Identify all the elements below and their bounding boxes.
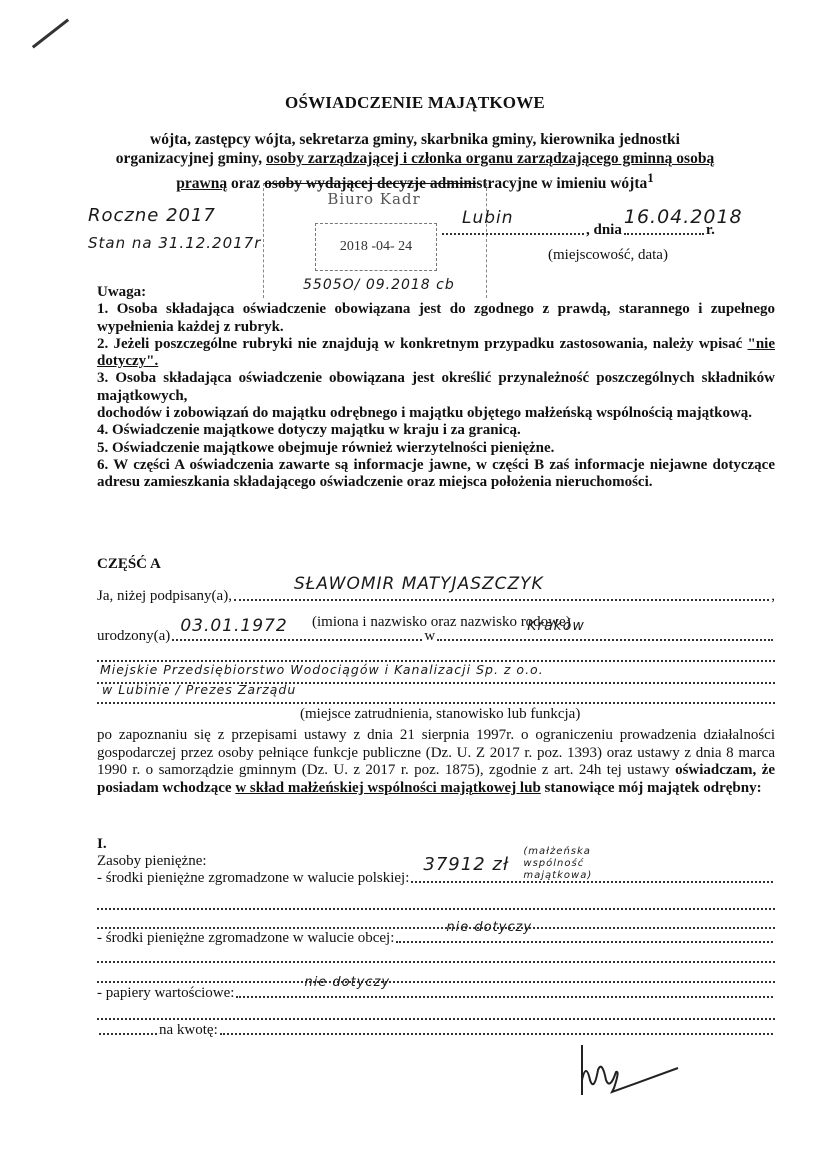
pln-row: - środki pieniężne zgromadzone w walucie… — [97, 870, 775, 887]
signature-icon — [578, 1040, 688, 1100]
pln-field[interactable]: 37912 zł (małżeńska wspólność majątkowa) — [411, 880, 773, 883]
foreign-row: - środki pieniężne zgromadzone w walucie… — [97, 930, 775, 947]
signed-row: Ja, niżej podpisany(a), SŁAWOMIR MATYJAS… — [97, 588, 775, 605]
employment-value-2: w Lubinie / Prezes Zarządu — [102, 682, 296, 697]
foreign-line-3[interactable] — [97, 981, 775, 983]
subtitle-text: oraz — [227, 175, 264, 192]
resources-label: Zasoby pieniężne: — [97, 853, 207, 870]
employment-line-3[interactable] — [97, 702, 775, 704]
amount-prefix-field[interactable] — [99, 1032, 157, 1035]
stamp-office-name: Biuro Kadr — [263, 190, 485, 208]
born-in-label: w — [424, 628, 435, 645]
stamp-date: 2018 -04- 24 — [315, 223, 437, 271]
note-6: 6. W części A oświadczenia zawarte są in… — [97, 457, 775, 492]
note-2: 2. Jeżeli poszczególne rubryki nie znajd… — [97, 336, 775, 371]
pln-value: 37912 zł — [423, 854, 509, 875]
foreign-value: nie dotyczy — [446, 920, 532, 935]
place-field[interactable]: Lubin — [442, 232, 584, 235]
comma: , — [771, 588, 775, 605]
subtitle-line-2: organizacyjnej gminy, osoby zarządzające… — [90, 149, 740, 168]
document-title: OŚWIADCZENIE MAJĄTKOWE — [0, 93, 830, 113]
subtitle-underlined: prawną — [176, 175, 227, 192]
name-value: SŁAWOMIR MATYJASZCZYK — [294, 574, 544, 594]
born-label: urodzony(a) — [97, 628, 170, 645]
amount-row: na kwotę: — [97, 1022, 775, 1039]
foreign-label: - środki pieniężne zgromadzone w walucie… — [97, 930, 394, 947]
name-field[interactable]: SŁAWOMIR MATYJASZCZYK — [234, 598, 769, 601]
date-field[interactable]: 16.04.2018 — [624, 232, 704, 235]
footnote-mark: 1 — [647, 170, 653, 185]
scan-mark — [32, 18, 69, 48]
margin-note-year: Roczne 2017 — [88, 205, 216, 226]
statement-bold-underlined: w skład małżeńskiej wspólności majątkowe… — [235, 780, 540, 796]
securities-value: nie dotyczy — [304, 975, 390, 990]
note-3-cont: dochodów i zobowiązań do majątku odrębne… — [97, 405, 775, 422]
pln-label: - środki pieniężne zgromadzone w walucie… — [97, 870, 409, 887]
born-row: urodzony(a) 03.01.1972 w Kraków — [97, 628, 775, 645]
employment-caption: (miejsce zatrudnienia, stanowisko lub fu… — [300, 706, 580, 723]
section-i-heading: I. — [97, 836, 107, 853]
birth-place-field[interactable]: Kraków — [437, 638, 773, 641]
foreign-field[interactable]: nie dotyczy — [396, 940, 773, 943]
birth-date-value: 03.01.1972 — [180, 616, 287, 636]
subtitle-text: stracyjne w imieniu wójta — [476, 175, 647, 192]
place-value: Lubin — [462, 208, 514, 228]
note-1: 1. Osoba składająca oświadczenie obowiąz… — [97, 301, 775, 336]
pln-line-2[interactable] — [97, 908, 775, 910]
place-date-caption: (miejscowość, data) — [548, 247, 668, 264]
stamp-date-text: 2018 -04- 24 — [340, 239, 412, 255]
note-4: 4. Oświadczenie majątkowe dotyczy majątk… — [97, 422, 775, 439]
notes-section: Uwaga: 1. Osoba składająca oświadczenie … — [97, 284, 775, 492]
note-3: 3. Osoba składająca oświadczenie obowiąz… — [97, 370, 775, 405]
subtitle-line-1: wójta, zastępcy wójta, sekretarza gminy,… — [90, 130, 740, 149]
pln-line-3[interactable] — [97, 927, 775, 929]
employment-value-1: Miejskie Przedsiębiorstwo Wodociągów i K… — [100, 662, 544, 677]
securities-label: - papiery wartościowe: — [97, 985, 234, 1002]
notes-heading: Uwaga: — [97, 284, 775, 301]
subtitle-underlined: osoby zarządzającej i członka organu zar… — [266, 150, 714, 167]
statement-text: po zapoznaniu się z przepisami ustawy z … — [97, 727, 775, 778]
birth-place-value: Kraków — [527, 618, 585, 634]
securities-row: - papiery wartościowe: nie dotyczy — [97, 985, 775, 1002]
part-a-heading: CZĘŚĆ A — [97, 556, 161, 573]
subtitle-text: organizacyjnej gminy, — [116, 150, 266, 167]
amount-field[interactable] — [220, 1032, 773, 1035]
note-5: 5. Oświadczenie majątkowe obejmuje równi… — [97, 440, 775, 457]
signature — [578, 1040, 688, 1100]
securities-field[interactable]: nie dotyczy — [236, 995, 773, 998]
statement-bold-end: stanowiące mój majątek odrębny: — [541, 780, 762, 796]
signed-label: Ja, niżej podpisany(a), — [97, 588, 232, 605]
note-2-text: 2. Jeżeli poszczególne rubryki nie znajd… — [97, 336, 748, 352]
statement-paragraph: po zapoznaniu się z przepisami ustawy z … — [97, 727, 775, 797]
place-date-field: Lubin , dnia 16.04.2018 r. — [440, 222, 780, 239]
pln-note: (małżeńska wspólność majątkowa) — [523, 846, 643, 882]
date-value: 16.04.2018 — [624, 206, 743, 228]
foreign-line-2[interactable] — [97, 961, 775, 963]
date-label: , dnia — [586, 222, 622, 239]
margin-note-state: Stan na 31.12.2017r — [88, 234, 261, 252]
securities-line-2[interactable] — [97, 1018, 775, 1020]
amount-label: na kwotę: — [159, 1022, 218, 1039]
birth-date-field[interactable]: 03.01.1972 — [172, 638, 422, 641]
